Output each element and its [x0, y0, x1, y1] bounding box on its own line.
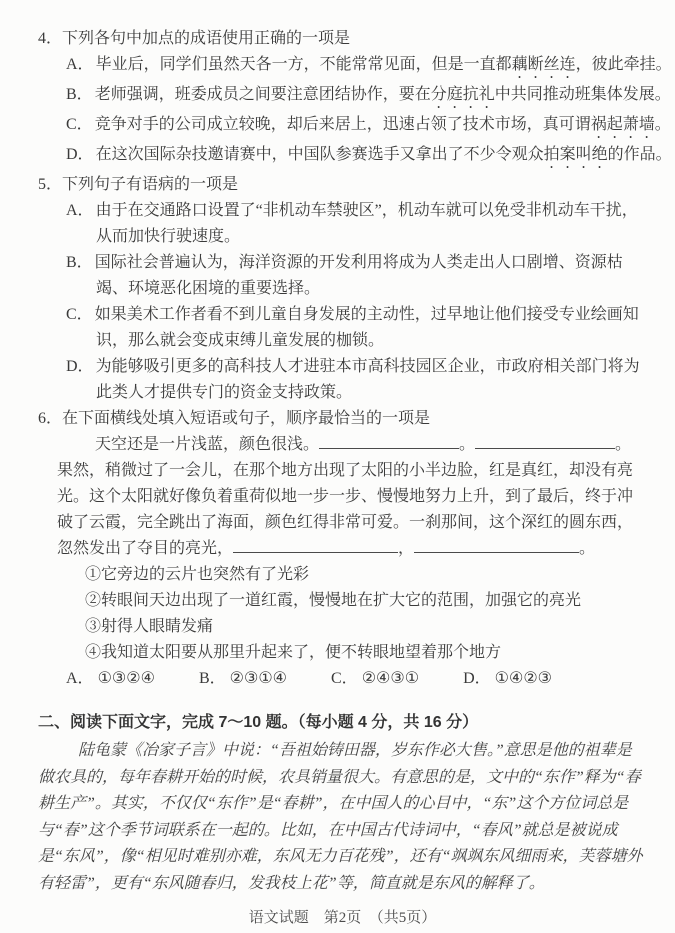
option-text: 国际社会普遍认为，海洋资源的开发利用将成为人类走出人口剧增、资源枯竭、环境恶化困… — [95, 254, 623, 297]
q6-item-2: ②转眼间天边出现了一道红霞，慢慢地在扩大它的范围，加强它的亮光 — [85, 588, 647, 614]
option-label: A． — [66, 670, 94, 687]
answer-blank-4 — [414, 538, 579, 553]
option-text: ，彼此牵挂。 — [576, 56, 672, 73]
option-label: A． — [66, 202, 94, 219]
answer-sequence: ①④②③ — [495, 670, 552, 687]
option-text: 中共同推动班集体发展。 — [495, 86, 671, 103]
reading-passage: 陆龟蒙《冶家子言》中说：“吾祖始铸田器，岁东作必大售。”意思是他的祖辈是做农具的… — [38, 738, 647, 897]
option-label: B． — [66, 254, 93, 271]
question-5: 5．下列句子有语病的一项是 A．由于在交通路口设置了“非机动车禁驶区”，机动车就… — [38, 172, 647, 406]
answer-blank-3 — [233, 538, 398, 553]
option-text: 的作品。 — [608, 146, 672, 163]
option-label: C． — [66, 306, 93, 323]
option-label: C． — [66, 116, 93, 133]
q5-option-d: D．为能够吸引更多的高科技人才进驻本市高科技园区企业，市政府相关部门将为此类人才… — [38, 354, 647, 406]
q5-stem: 5．下列句子有语病的一项是 — [38, 172, 647, 198]
answer-choice-d: D．①④②③ — [463, 666, 552, 692]
answer-blank-1 — [319, 434, 459, 449]
q4-option-d: D．在这次国际杂技邀请赛中，中国队参赛选手又拿出了不少令观众拍案叫绝的作品。 — [38, 142, 647, 172]
q6-passage-paragraph: 天空还是一片浅蓝，颜色很浅。。。果然，稍微过了一会儿，在那个地方出现了太阳的小半… — [57, 432, 647, 562]
option-text: 竞争对手的公司成立较晚，却后来居上，迅速占领了技术市场，真可谓 — [95, 116, 591, 133]
exam-page: 4．下列各句中加点的成语使用正确的一项是 A．毕业后，同学们虽然天各一方，不能常… — [0, 0, 675, 933]
paragraph-text: 天空还是一片浅蓝，颜色很浅。 — [95, 436, 319, 453]
q6-item-1: ①它旁边的云片也突然有了光彩 — [85, 562, 647, 588]
q5-option-a: A．由于在交通路口设置了“非机动车禁驶区”，机动车就可以免受非机动车干扰，从而加… — [38, 198, 647, 250]
answer-sequence: ②④③① — [362, 670, 419, 687]
option-label: B． — [199, 670, 226, 687]
answer-sequence: ②③①④ — [230, 670, 287, 687]
answer-choice-c: C．②④③① — [331, 666, 419, 692]
option-text: 由于在交通路口设置了“非机动车禁驶区”，机动车就可以免受非机动车干扰，从而加快行… — [96, 202, 638, 245]
answer-blank-2 — [475, 434, 615, 449]
paragraph-text: 。 — [459, 436, 475, 453]
paragraph-text: 。 — [579, 540, 595, 557]
idiom-emphasized: 藕断丝连 — [512, 56, 576, 73]
option-text: 。 — [655, 116, 671, 133]
option-label: D． — [66, 358, 94, 375]
option-text: 为能够吸引更多的高科技人才进驻本市高科技园区企业，市政府相关部门将为此类人才提供… — [96, 358, 640, 401]
q5-option-c: C．如果美术工作者看不到儿童自身发展的主动性，过早地让他们接受专业绘画知识，那么… — [38, 302, 647, 354]
answer-choice-a: A．①③②④ — [66, 666, 155, 692]
question-4: 4．下列各句中加点的成语使用正确的一项是 A．毕业后，同学们虽然天各一方，不能常… — [38, 26, 647, 172]
paragraph-text: ， — [398, 540, 414, 557]
q6-item-4: ④我知道太阳要从那里升起来了，便不转眼地望着那个地方 — [85, 640, 647, 666]
question-6: 6．在下面横线处填入短语或句子，顺序最恰当的一项是 天空还是一片浅蓝，颜色很浅。… — [38, 406, 647, 692]
answer-sequence: ①③②④ — [98, 670, 155, 687]
section-2: 二、阅读下面文字，完成 7～10 题。（每小题 4 分，共 16 分） 陆龟蒙《… — [38, 710, 647, 897]
idiom-emphasized: 拍案叫绝 — [544, 146, 608, 163]
idiom-emphasized: 祸起萧墙 — [591, 116, 655, 133]
q6-answers: A．①③②④ B．②③①④ C．②④③① D．①④②③ — [66, 666, 647, 692]
option-text: 如果美术工作者看不到儿童自身发展的主动性，过早地让他们接受专业绘画知识，那么就会… — [95, 306, 639, 349]
q4-option-c: C．竞争对手的公司成立较晚，却后来居上，迅速占领了技术市场，真可谓祸起萧墙。 — [38, 112, 647, 142]
q4-stem: 4．下列各句中加点的成语使用正确的一项是 — [38, 26, 647, 52]
q4-option-a: A．毕业后，同学们虽然天各一方，不能常常见面，但是一直都藕断丝连，彼此牵挂。 — [38, 52, 647, 82]
option-label: D． — [463, 670, 491, 687]
page-footer: 语文试题 第2页 （共5页） — [38, 905, 647, 931]
q6-item-3: ③射得人眼睛发痛 — [85, 614, 647, 640]
q6-stem: 6．在下面横线处填入短语或句子，顺序最恰当的一项是 — [38, 406, 647, 432]
q4-option-b: B．老师强调，班委成员之间要注意团结协作，要在分庭抗礼中共同推动班集体发展。 — [38, 82, 647, 112]
section-2-heading: 二、阅读下面文字，完成 7～10 题。（每小题 4 分，共 16 分） — [38, 710, 647, 736]
option-label: A． — [66, 56, 94, 73]
answer-choice-b: B．②③①④ — [199, 666, 287, 692]
option-text: 老师强调，班委成员之间要注意团结协作，要在 — [95, 86, 431, 103]
q5-option-b: B．国际社会普遍认为，海洋资源的开发利用将成为人类走出人口剧增、资源枯竭、环境恶… — [38, 250, 647, 302]
option-label: D． — [66, 146, 94, 163]
option-text: 毕业后，同学们虽然天各一方，不能常常见面，但是一直都 — [96, 56, 512, 73]
option-label: B． — [66, 86, 93, 103]
idiom-emphasized: 分庭抗礼 — [431, 86, 495, 103]
option-text: 在这次国际杂技邀请赛中，中国队参赛选手又拿出了不少令观众 — [96, 146, 544, 163]
option-label: C． — [331, 670, 358, 687]
